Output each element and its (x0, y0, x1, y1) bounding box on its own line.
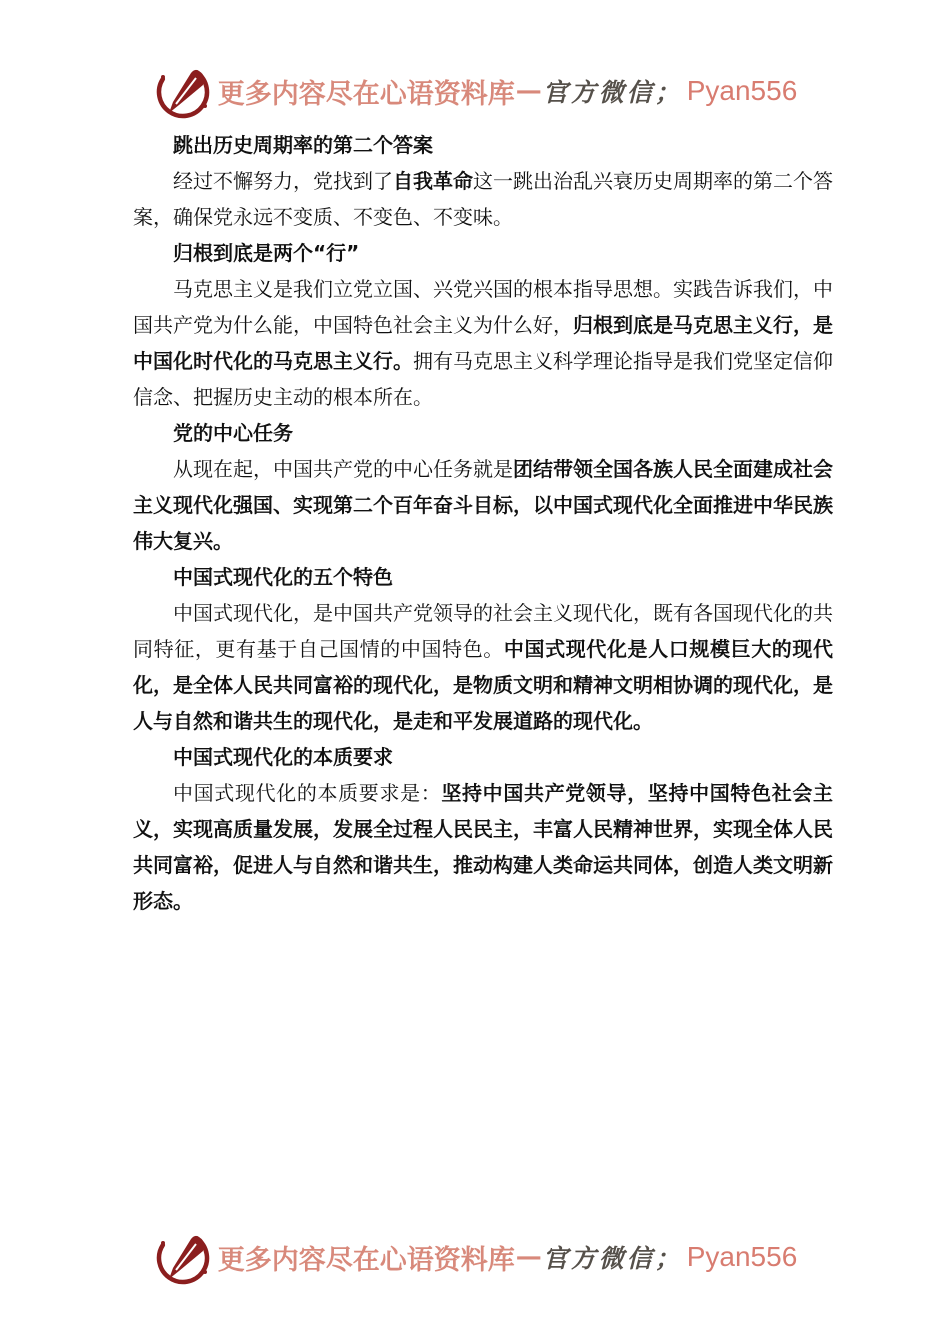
document-body: 跳出历史周期率的第二个答案经过不懈努力，党找到了自我革命这一跳出治乱兴衰历史周期… (133, 127, 833, 919)
section-heading: 中国式现代化的本质要求 (133, 739, 833, 775)
watermark-brand-text: 更多内容尽在心语资料库 (218, 1238, 515, 1277)
section-heading: 跳出历史周期率的第二个答案 (133, 127, 833, 163)
section-paragraph: 中国式现代化的本质要求是：坚持中国共产党领导，坚持中国特色社会主义，实现高质量发… (133, 775, 833, 919)
section-heading: 中国式现代化的五个特色 (133, 559, 833, 595)
body-text: 从现在起，中国共产党的中心任务就是 (173, 457, 513, 481)
emphasis-text: 自我革命 (393, 169, 473, 193)
body-text: 中国式现代化的本质要求是： (173, 781, 441, 805)
wechat-label: 官方微信； (543, 1239, 683, 1275)
section-paragraph: 马克思主义是我们立党立国、兴党兴国的根本指导思想。实践告诉我们，中国共产党为什么… (133, 271, 833, 415)
pen-nib-circle-icon (153, 61, 213, 121)
section-paragraph: 从现在起，中国共产党的中心任务就是团结带领全国各族人民全面建成社会主义现代化强国… (133, 451, 833, 559)
document-page: 更多内容尽在心语资料库 — 官方微信； Pyan556 跳出历史周期率的第二个答… (0, 0, 950, 1344)
header-watermark: 更多内容尽在心语资料库 — 官方微信； Pyan556 (0, 60, 950, 122)
section-heading: 党的中心任务 (133, 415, 833, 451)
watermark-dash: — (516, 76, 542, 106)
footer-watermark: 更多内容尽在心语资料库 — 官方微信； Pyan556 (0, 1226, 950, 1288)
wechat-id: Pyan556 (687, 75, 798, 107)
watermark-brand-text: 更多内容尽在心语资料库 (218, 72, 515, 111)
wechat-label: 官方微信； (543, 73, 683, 109)
section-paragraph: 经过不懈努力，党找到了自我革命这一跳出治乱兴衰历史周期率的第二个答案，确保党永远… (133, 163, 833, 235)
pen-nib-circle-icon (153, 1227, 213, 1287)
body-text: 经过不懈努力，党找到了 (173, 169, 393, 193)
wechat-id: Pyan556 (687, 1241, 798, 1273)
section-heading: 归根到底是两个“行” (133, 235, 833, 271)
section-paragraph: 中国式现代化，是中国共产党领导的社会主义现代化，既有各国现代化的共同特征，更有基… (133, 595, 833, 739)
watermark-dash: — (516, 1242, 542, 1272)
